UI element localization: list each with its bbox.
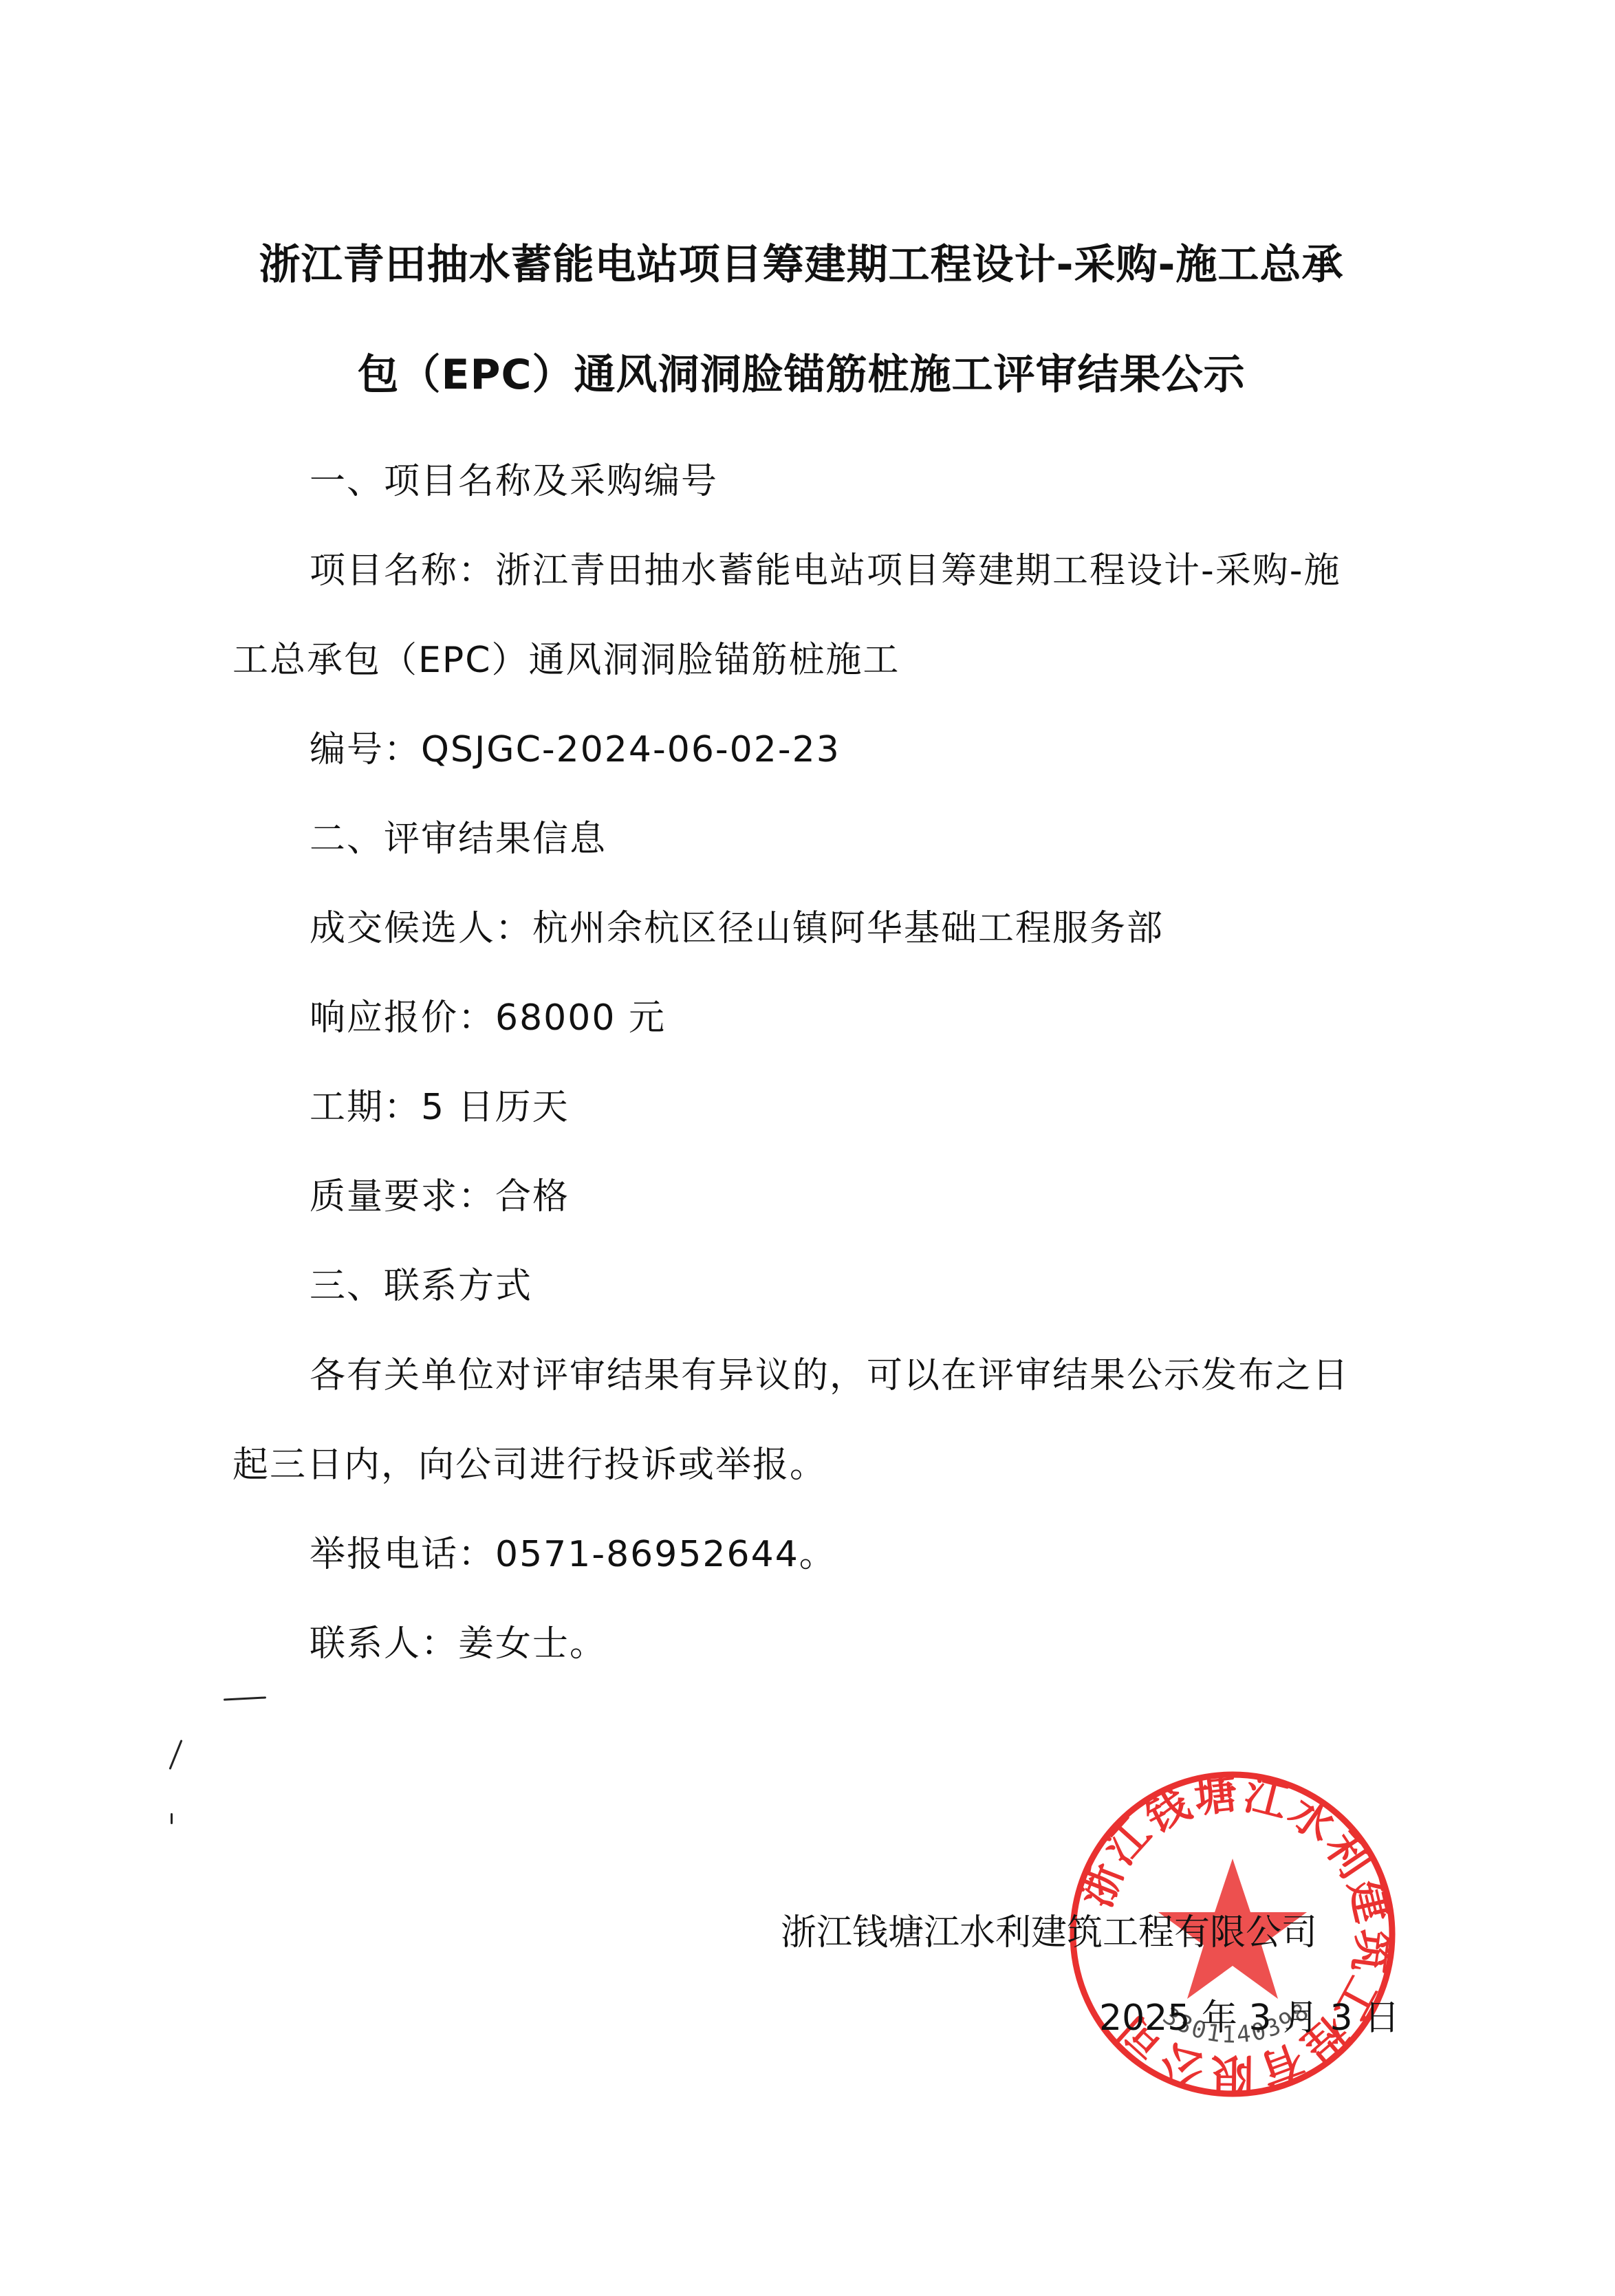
project-name-line-1: 项目名称：浙江青田抽水蓄能电站项目筹建期工程设计-采购-施 [310, 549, 1341, 593]
objection-notice-line-2: 起三日内，向公司进行投诉或举报。 [232, 1443, 827, 1487]
section-heading-result: 二、评审结果信息 [310, 817, 607, 861]
report-phone: 举报电话：0571-86952644。 [310, 1533, 836, 1577]
section-heading-contact: 三、联系方式 [310, 1264, 532, 1308]
objection-notice-line-1: 各有关单位对评审结果有异议的，可以在评审结果公示发布之日 [310, 1354, 1350, 1398]
issue-date: 2025 年 3 月 3 日 [1099, 1996, 1400, 2040]
project-number: 编号：QSJGC-2024-06-02-23 [310, 728, 841, 772]
project-name-line-2: 工总承包（EPC）通风洞洞脸锚筋桩施工 [232, 638, 900, 682]
issuer-company-name: 浙江钱塘江水利建筑工程有限公司 [781, 1911, 1317, 1955]
document-title-line-2: 包（EPC）通风洞洞脸锚筋桩施工评审结果公示 [0, 351, 1603, 399]
section-heading-project: 一、项目名称及采购编号 [310, 459, 718, 503]
contact-person: 联系人：姜女士。 [310, 1622, 607, 1666]
quality-requirement: 质量要求：合格 [310, 1175, 570, 1219]
scan-mark [224, 1696, 266, 1700]
document-page: 浙江青田抽水蓄能电站项目筹建期工程设计-采购-施工总承 包（EPC）通风洞洞脸锚… [0, 0, 1615, 2296]
winning-candidate: 成交候选人：杭州余杭区径山镇阿华基础工程服务部 [310, 907, 1164, 951]
construction-period: 工期：5 日历天 [310, 1085, 570, 1129]
scan-mark [171, 1813, 173, 1824]
scan-mark [169, 1740, 182, 1770]
quoted-price: 响应报价：68000 元 [310, 996, 666, 1040]
document-title-line-1: 浙江青田抽水蓄能电站项目筹建期工程设计-采购-施工总承 [0, 241, 1603, 289]
